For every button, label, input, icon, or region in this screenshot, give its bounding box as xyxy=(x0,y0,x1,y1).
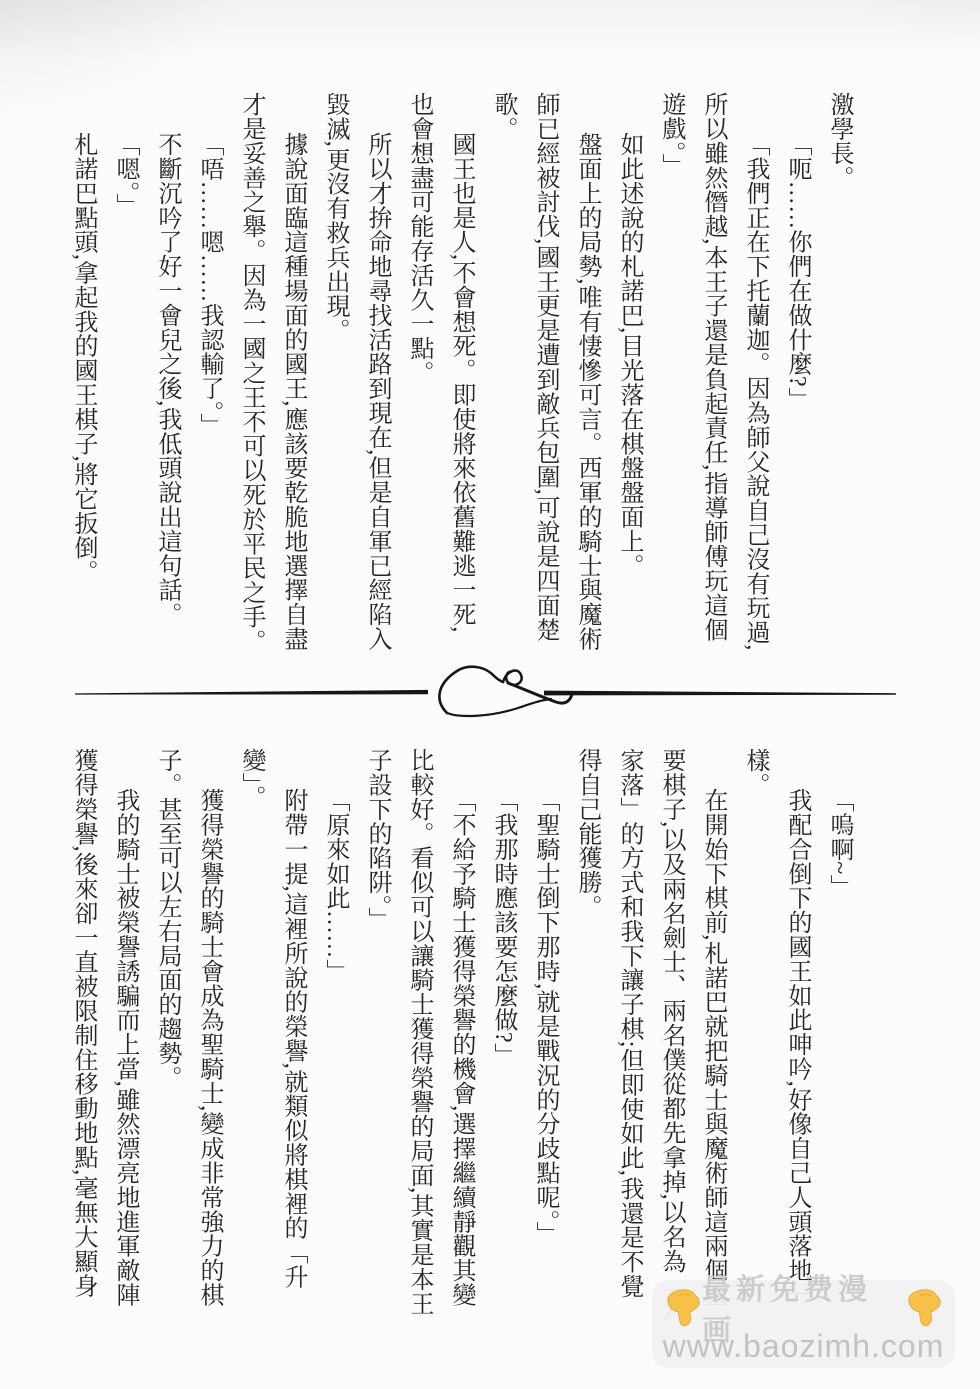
text-column: 家落」的方式和我下讓子棋;但即使如此,我還是不覺 xyxy=(608,748,650,1368)
top-text-block: 激學長。「呃……你們在做什麼?」「我們正在下托蘭迦。因為師父說自己沒有玩過,所以… xyxy=(62,92,860,696)
text-column: 才是妥善之舉。因為一國之王不可以死於平民之手。 xyxy=(230,92,272,696)
watermark-site-url: www.baozimh.com xyxy=(663,1328,945,1364)
text-column: 子設下的陷阱。」 xyxy=(356,748,398,1368)
text-column: 據說面臨這種場面的國王,應該要乾脆地選擇自盡 xyxy=(272,92,314,696)
text-column: 附帶一提,這裡所說的榮譽,就類似將棋裡的「升 xyxy=(272,748,314,1368)
text-column: 也會想盡可能存活久一點。 xyxy=(398,92,440,696)
text-column: 「呃……你們在做什麼?」 xyxy=(776,92,818,696)
text-column: 得自己能獲勝。 xyxy=(566,748,608,1368)
pointing-down-finger-icon xyxy=(664,1287,702,1329)
text-column: 師已經被討伐,國王更是遭到敵兵包圍,可說是四面楚 xyxy=(524,92,566,696)
text-column: 「不給予騎士獲得榮譽的機會,選擇繼續靜觀其變 xyxy=(440,748,482,1368)
text-column: 比較好。看似可以讓騎士獲得榮譽的局面,其實是本王 xyxy=(398,748,440,1368)
text-column: 國王也是人,不會想死。即使將來依舊難逃一死, xyxy=(440,92,482,696)
pointing-down-finger-icon xyxy=(905,1287,943,1329)
text-column: 所以才拚命地尋找活路到現在,但是自軍已經陷入 xyxy=(356,92,398,696)
text-column: 歌。 xyxy=(482,92,524,696)
text-column: 「我們正在下托蘭迦。因為師父說自己沒有玩過, xyxy=(734,92,776,696)
text-column: 「聖騎士倒下那時,就是戰況的分歧點呢。」 xyxy=(524,748,566,1368)
watermark-title-row: 最新免费漫画 xyxy=(652,1288,955,1328)
text-column: 「嗯。」 xyxy=(104,92,146,696)
text-column: 毀滅,更沒有救兵出現。 xyxy=(314,92,356,696)
novel-page: 激學長。「呃……你們在做什麼?」「我們正在下托蘭迦。因為師父說自己沒有玩過,所以… xyxy=(0,0,980,1389)
text-column: 變」。 xyxy=(230,748,272,1368)
text-column: 「我那時應該要怎麼做?」 xyxy=(482,748,524,1368)
text-column: 所以雖然僭越,本王子還是負起責任,指導師傅玩這個 xyxy=(692,92,734,696)
text-column: 遊戲。」 xyxy=(650,92,692,696)
text-column: 子。甚至可以左右局面的趨勢。 xyxy=(146,748,188,1368)
text-column: 獲得榮譽,後來卻一直被限制住移動地點,毫無大顯身 xyxy=(62,748,104,1368)
text-column: 獲得榮譽的騎士會成為聖騎士,變成非常強力的棋 xyxy=(188,748,230,1368)
flourish-divider-icon xyxy=(62,650,920,736)
text-column: 我的騎士被榮譽誘騙而上當,雖然漂亮地進軍敵陣 xyxy=(104,748,146,1368)
text-column: 不斷沉吟了好一會兒之後,我低頭說出這句話。 xyxy=(146,92,188,696)
text-column: 「原來如此……」 xyxy=(314,748,356,1368)
text-column: 札諾巴點頭,拿起我的國王棋子,將它扳倒。 xyxy=(62,92,104,696)
text-column: 如此述說的札諾巴,目光落在棋盤盤面上。 xyxy=(608,92,650,696)
text-column: 「唔……嗯……我認輸了。」 xyxy=(188,92,230,696)
text-column: 激學長。 xyxy=(818,92,860,696)
text-column: 盤面上的局勢,唯有悽慘可言。西軍的騎士與魔術 xyxy=(566,92,608,696)
text-column: 要棋子,以及兩名劍士、兩名僕從都先拿掉,以名為「六 xyxy=(650,748,692,1368)
watermark-overlay: 最新免费漫画 www.baozimh.com xyxy=(652,1280,955,1368)
section-divider-ornament xyxy=(62,650,920,736)
